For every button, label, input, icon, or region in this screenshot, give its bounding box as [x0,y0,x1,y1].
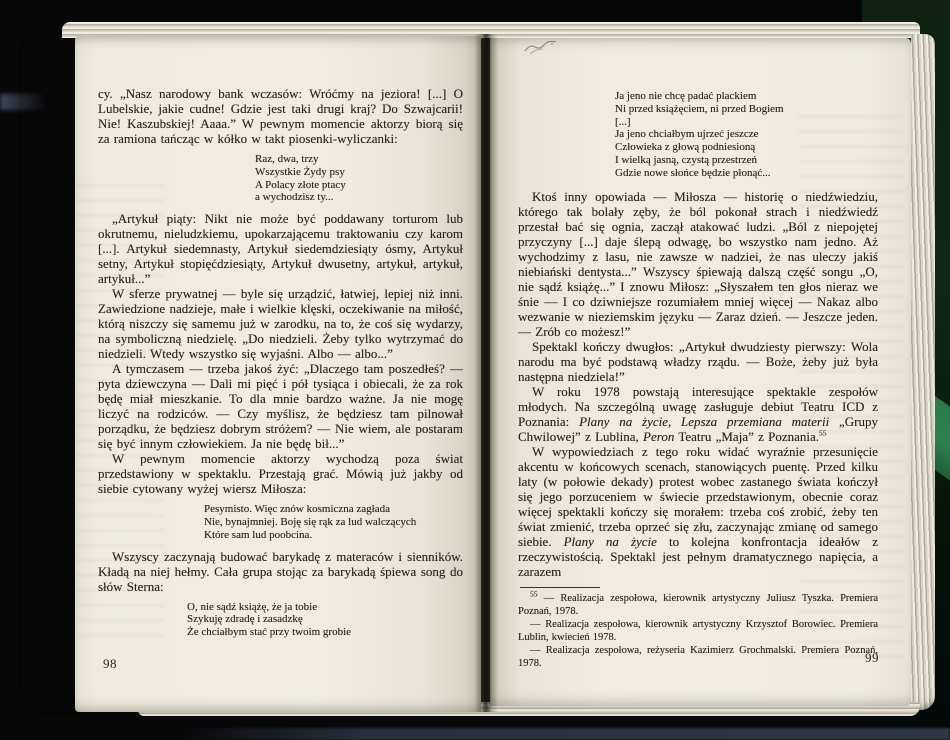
left-page-text-block: cy. „Nasz narodowy bank wczasów: Wróćmy … [98,86,463,646]
right-page: Ja jeno nie chcę padać plackiem Ni przed… [490,38,911,706]
page-number-right: 99 [865,650,879,666]
paragraph: W roku 1978 powstają interesujące spekta… [518,384,878,444]
left-page: cy. „Nasz narodowy bank wczasów: Wróćmy … [75,36,481,712]
verse-block: Raz, dwa, trzy Wszystkie Żydy psy A Pola… [255,153,463,204]
paragraph: W wypowiedziach z tego roku widać wyraźn… [518,444,878,579]
footnote: — Realizacja zespołowa, kierownik artyst… [518,618,878,644]
footnote: 55 — Realizacja zespołowa, kierownik art… [518,592,878,618]
ink-smudge-icon [522,39,562,57]
paragraph: W pewnym momencie aktorzy wychodzą poza … [98,451,463,496]
footnote-rule [520,587,600,588]
paragraph: cy. „Nasz narodowy bank wczasów: Wróćmy … [98,86,463,146]
book-photo-scene: cy. „Nasz narodowy bank wczasów: Wróćmy … [0,0,950,740]
verse-block: O, nie sądź książę, że ja tobie Szykuję … [187,601,463,639]
paragraph: „Artykuł piąty: Nikt nie może być poddaw… [98,211,463,286]
footnote: — Realizacja zespołowa, reżyseria Kazimi… [518,644,878,670]
open-book: cy. „Nasz narodowy bank wczasów: Wróćmy … [18,22,935,716]
paragraph: Spektakl kończy dwugłos: „Artykuł dwudzi… [518,339,878,384]
page-number-left: 98 [103,656,117,672]
paragraph: Ktoś inny opowiada — Miłosza — historię … [518,189,878,339]
page-edges-right [911,34,935,710]
paragraph: W sferze prywatnej — byle się urządzić, … [98,286,463,361]
right-page-text-block: Ja jeno nie chcę padać plackiem Ni przed… [518,90,878,670]
table-edge [170,728,950,740]
gutter-shadow [474,34,498,712]
paragraph: Wszyscy zaczynają budować barykadę z mat… [98,549,463,594]
page-edges-left [18,30,80,714]
paragraph: A tymczasem — trzeba jakoś żyć: „Dlaczeg… [98,361,463,451]
verse-block: Pesymisto. Więc znów kosmiczna zagłada N… [204,503,463,541]
verse-block: Ja jeno nie chcę padać plackiem Ni przed… [615,90,878,180]
